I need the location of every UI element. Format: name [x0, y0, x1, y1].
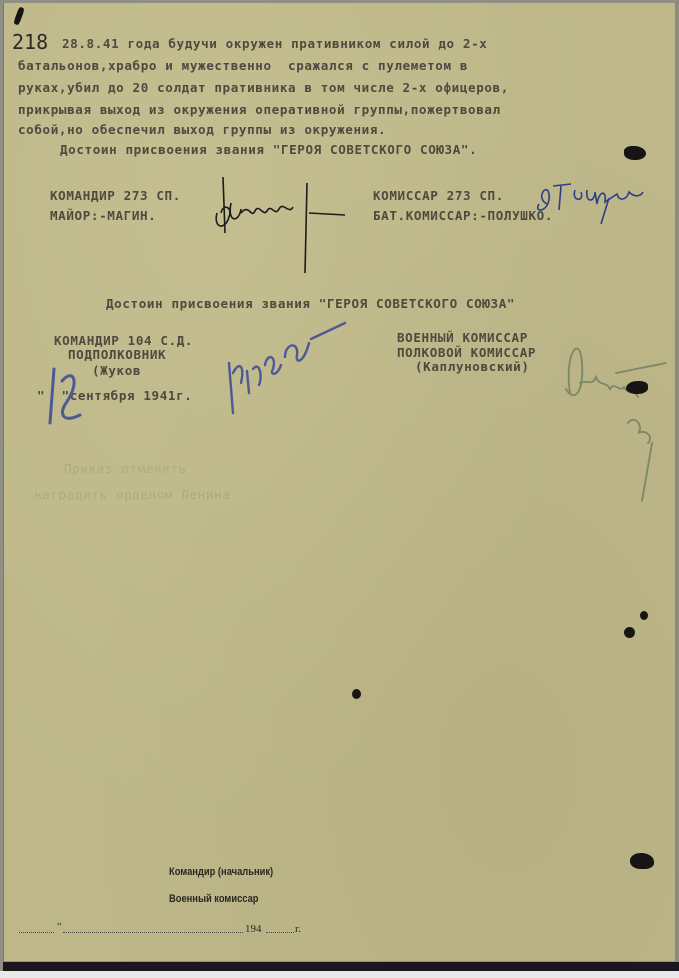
division-commander-title: КОМАНДИР 104 С.Д.	[54, 333, 193, 348]
scan-margin	[0, 971, 679, 978]
form-date-line: " 194 г.	[19, 923, 319, 937]
ink-mark	[13, 7, 25, 26]
citation-line: батальонов,храбро и мужественно сражался…	[18, 58, 468, 73]
division-commissar-name: (Каплуновский)	[415, 359, 530, 374]
page-number: 218	[12, 30, 48, 54]
faded-line: Приказ отменить	[64, 461, 187, 476]
citation-line: собой,но обеспечил выход группы из окруж…	[18, 122, 386, 137]
year-label: 194	[245, 923, 262, 935]
regiment-commissar-name: БАТ.КОМИССАР:-ПОЛУШКО.	[373, 208, 553, 223]
ink-stain	[630, 853, 654, 869]
citation-line: руках,убил до 20 солдат пративника в том…	[18, 80, 509, 95]
ink-stain	[640, 611, 648, 620]
signature-polushko	[531, 168, 651, 228]
citation-line: прикрывая выход из окружения оперативной…	[18, 102, 501, 117]
division-commissar-title: ВОЕННЫЙ КОМИССАР	[397, 330, 528, 345]
signature-magin	[209, 173, 359, 273]
commissar-label: Военный комиссар	[169, 893, 259, 905]
ink-stain	[626, 381, 648, 394]
division-commissar-rank: ПОЛКОВОЙ КОМИССАР	[397, 345, 536, 360]
commander-label: Командир (начальник)	[169, 866, 273, 878]
citation-line: 28.8.41 года будучи окружен пративником …	[62, 36, 487, 51]
regiment-commissar-title: КОМИССАР 273 СП.	[373, 188, 504, 203]
document-page: 218 28.8.41 года будучи окружен пративни…	[3, 3, 676, 961]
scan-edge-right	[675, 0, 679, 962]
regiment-commander-title: КОМАНДИР 273 СП.	[50, 188, 181, 203]
recommendation-division: Достоин присвоения звания "ГЕРОЯ СОВЕТСК…	[106, 296, 515, 311]
signature-kaplunovsky	[556, 333, 676, 503]
punch-hole	[624, 627, 635, 638]
division-commander-rank: ПОДПОЛКОВНИК	[68, 347, 166, 362]
regiment-commander-name: МАЙОР:-МАГИН.	[50, 208, 156, 223]
division-commander-name: (Жуков	[92, 363, 141, 378]
punch-hole	[352, 689, 361, 699]
date-quote: "	[57, 921, 62, 933]
ink-stain	[624, 146, 646, 160]
recommendation-regiment: Достоин присвоения звания "ГЕРОЯ СОВЕТСК…	[60, 142, 477, 157]
faded-line: наградить орденом Ленина	[34, 487, 230, 502]
year-suffix: г.	[295, 923, 301, 935]
handwritten-day	[44, 363, 94, 438]
scan-edge-bottom	[3, 962, 679, 971]
signature-zhukov	[219, 313, 349, 423]
